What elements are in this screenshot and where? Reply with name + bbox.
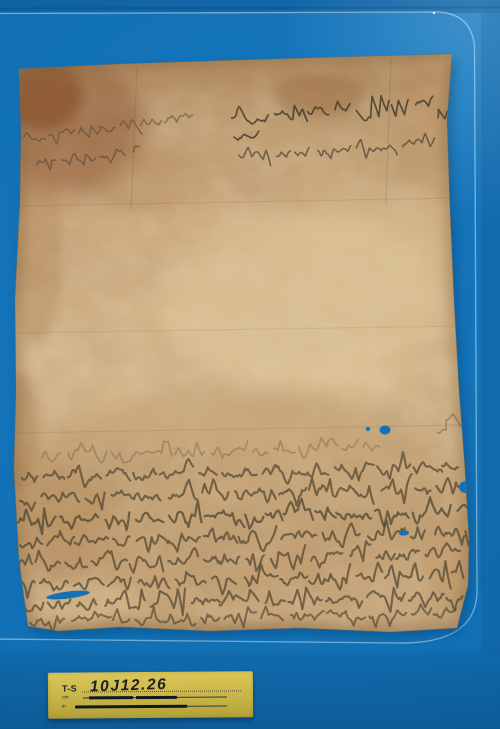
photo-backdrop: T-S 10J12.26 cm in: [0, 0, 500, 729]
classmark-label: T-S 10J12.26 cm in: [48, 671, 253, 718]
worm-hole: [380, 426, 391, 435]
scale-bar-cm-icon: [75, 695, 227, 700]
scale-unit-cm: cm: [62, 696, 75, 701]
photo-canvas: [0, 0, 500, 729]
dotted-line: 10J12.26: [82, 676, 241, 692]
classmark-row: T-S 10J12.26: [62, 675, 245, 693]
scale-unit-in: in: [62, 705, 75, 710]
stain: [300, 190, 460, 310]
collection-prefix: T-S: [62, 685, 77, 694]
scale-bar-segment: [136, 696, 177, 699]
classmark-number: 10J12.26: [90, 676, 168, 697]
scale-row-in: in: [62, 701, 245, 711]
scale-bar-in-icon: [75, 704, 227, 709]
scale-bar-segment: [75, 705, 187, 709]
worm-hole: [366, 427, 370, 431]
stain: [390, 60, 470, 180]
scale-bar-segment: [89, 696, 133, 699]
